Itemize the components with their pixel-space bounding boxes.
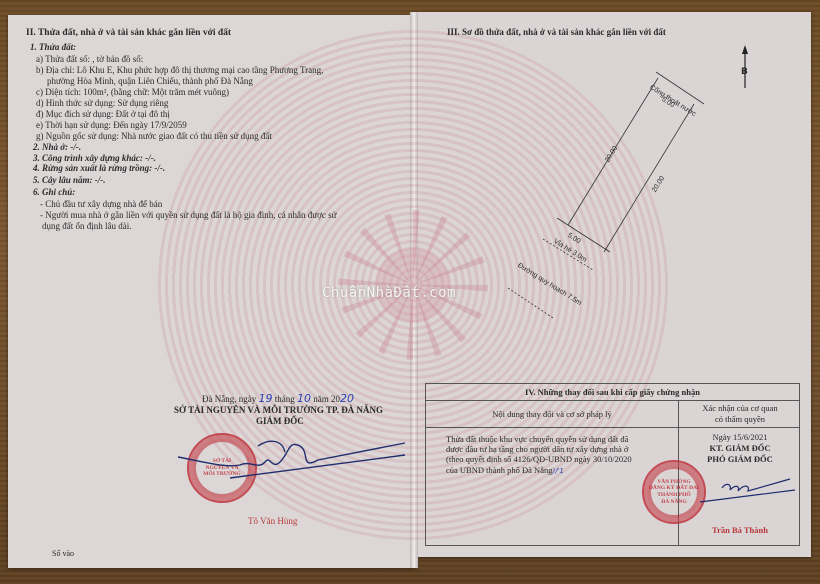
table-title-row: IV. Những thay đổi sau khi cấp giấy chứn… (426, 384, 799, 401)
land-item-origin: g) Nguồn gốc sử dụng: Nhà nước giao đất … (36, 131, 272, 141)
section-iii-title: III. Sơ đồ thửa đất, nhà ở và tài sản kh… (447, 27, 666, 37)
land-item-purpose: đ) Mục đích sử dụng: Đất ở tại đô thị (36, 109, 170, 119)
official-seal-left: SỞ TÀI NGUYÊN VÀ MÔI TRƯỜNG (187, 433, 257, 503)
seal-text: SỞ TÀI NGUYÊN VÀ MÔI TRƯỜNG (203, 458, 241, 478)
table-title: IV. Những thay đổi sau khi cấp giấy chứn… (426, 387, 799, 397)
confirm-date: Ngày 15/6/2021 (679, 432, 801, 442)
changes-table: IV. Những thay đổi sau khi cấp giấy chứn… (425, 383, 800, 546)
date-month: 10 (297, 392, 311, 405)
confirm-title-1: KT. GIÁM ĐỐC (679, 443, 801, 453)
note-line-1: - Chủ đầu tư xây dựng nhà để bán (40, 199, 162, 209)
confirm-signer: Trần Bá Thành (679, 525, 801, 535)
col2-header-line1: Xác nhận của cơ quan (679, 403, 801, 413)
change-line-2: được đầu tư hạ tầng cho người dân tự xây… (446, 444, 678, 454)
col2-header-line2: có thẩm quyền (679, 414, 801, 424)
house-item: 2. Nhà ở: -/-. (33, 142, 81, 152)
date-prefix: Đà Nẵng, ngày (202, 394, 256, 404)
north-label: B (741, 67, 748, 77)
land-item-term: e) Thời hạn sử dụng: Đến ngày 17/9/2059 (36, 120, 187, 130)
change-line-4: của UBND thành phố Đà Nẵng)/ʳ1 (446, 465, 678, 475)
website-watermark: ChuẩnNhàĐất.com (322, 285, 456, 301)
other-construction-item: 3. Công trình xây dựng khác: -/-. (33, 153, 156, 163)
change-line-4-text: của UBND thành phố Đà Nẵng (446, 465, 552, 475)
signer-title: GIÁM ĐỐC (256, 416, 304, 426)
issuing-agency: SỞ TÀI NGUYÊN VÀ MÔI TRƯỜNG TP. ĐÀ NẴNG (174, 405, 383, 415)
col1-header: Nội dung thay đổi và cơ sở pháp lý (426, 409, 678, 419)
note-line-2: - Người mua nhà ở gắn liền với quyền sử … (40, 210, 337, 220)
land-item-address: b) Địa chỉ: Lô Khu E, Khu phức hợp đô th… (36, 65, 323, 75)
land-item-area: c) Diện tích: 100m², (bằng chữ: Một trăm… (36, 87, 229, 97)
month-label: tháng (275, 394, 295, 404)
land-item-use-form: d) Hình thức sử dụng: Sử dụng riêng (36, 98, 168, 108)
year-label: năm 20 (313, 394, 340, 404)
official-seal-right: VĂN PHÒNG ĐĂNG KÝ ĐẤT ĐAI THÀNH PHỐ ĐÀ N… (642, 460, 706, 524)
production-forest-item: 4. Rừng sản xuất là rừng trồng: -/-. (33, 163, 165, 173)
change-line-3: (theo quyết định số 4126/QĐ-UBND ngày 30… (446, 454, 678, 464)
land-item-address-cont: phường Hòa Minh, quận Liên Chiểu, thành … (47, 76, 253, 86)
confirm-title-2: PHÓ GIÁM ĐỐC (679, 454, 801, 464)
land-heading: 1. Thửa đất: (30, 42, 76, 52)
record-number-label: Sổ vào (52, 549, 74, 558)
notes-heading: 6. Ghi chú: (33, 187, 75, 197)
signer-name: Tô Văn Hùng (248, 516, 297, 526)
seal-line-4: ĐÀ NẴNG (649, 499, 699, 506)
section-ii-title: II. Thửa đất, nhà ở và tài sản khác gắn … (26, 28, 231, 38)
land-item-parcel: a) Thửa đất số: , tờ bản đồ số: (36, 54, 143, 64)
seal-right-text: VĂN PHÒNG ĐĂNG KÝ ĐẤT ĐAI THÀNH PHỐ ĐÀ N… (649, 479, 699, 505)
table-header-row: Nội dung thay đổi và cơ sở pháp lý Xác n… (426, 401, 799, 428)
date-day: 19 (258, 392, 272, 405)
seal-line-3: THÀNH PHỐ (649, 492, 699, 499)
date-year-suffix: 20 (340, 392, 354, 405)
note-line-3: dụng đất ổn định lâu dài. (42, 221, 132, 231)
change-line-1: Thửa đất thuộc khu vực chuyển quyền sử d… (446, 434, 678, 444)
issue-date: Đà Nẵng, ngày 19 tháng 10 năm 2020 (202, 392, 354, 405)
perennial-tree-item: 5. Cây lâu năm: -/-. (33, 175, 106, 185)
seal-line-2: ĐĂNG KÝ ĐẤT ĐAI (649, 485, 699, 492)
change-content: Thửa đất thuộc khu vực chuyển quyền sử d… (446, 434, 678, 475)
